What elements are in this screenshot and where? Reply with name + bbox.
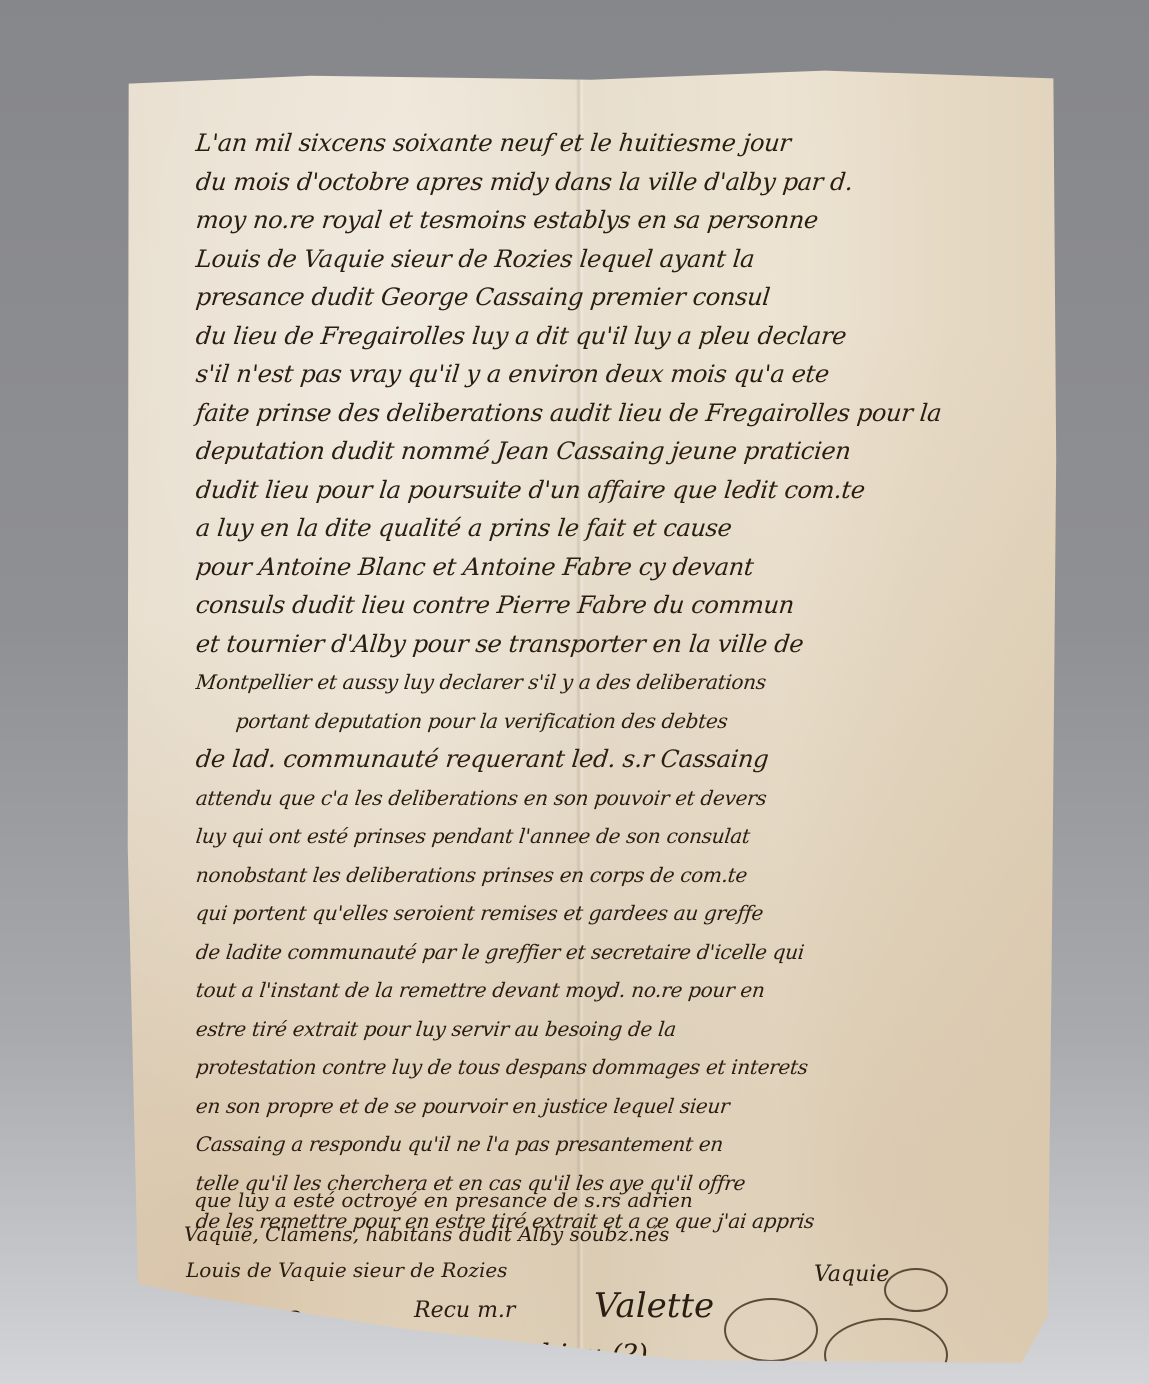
- signature: Mathieu (?): [484, 1338, 648, 1371]
- text-line: en son propre et de se pourvoir en justi…: [194, 1087, 1031, 1126]
- text-line: tout a l'instant de la remettre devant m…: [194, 971, 1031, 1010]
- text-line: luy qui ont esté prinses pendant l'annee…: [194, 817, 1031, 856]
- text-line: portant deputation pour la verification …: [194, 702, 1031, 741]
- text-line: s'il n'est pas vray qu'il y a environ de…: [194, 355, 1031, 394]
- text-line: Montpellier et aussy luy declarer s'il y…: [194, 663, 1031, 702]
- text-line: Vaquié, Clamens, habitans dudit Alby sou…: [184, 1222, 669, 1246]
- signature: Recu m.r: [414, 1298, 515, 1323]
- manuscript-page: L'an mil sixcens soixante neuf et le hui…: [124, 68, 1059, 1368]
- text-line: de ladite communauté par le greffier et …: [194, 933, 1031, 972]
- underline: [166, 1360, 266, 1362]
- signature-flourish: [724, 1298, 818, 1362]
- text-line: du lieu de Fregairolles luy a dit qu'il …: [194, 317, 1031, 356]
- text-line: deputation dudit nommé Jean Cassaing jeu…: [194, 432, 1031, 471]
- text-line: consuls dudit lieu contre Pierre Fabre d…: [194, 586, 1031, 625]
- signature-flourish: [824, 1318, 948, 1384]
- signature: Louis de Vaquie sieur de Rozies: [186, 1258, 507, 1282]
- text-line: que luy a esté octroyé en presance de s.…: [194, 1188, 693, 1212]
- text-line: a luy en la dite qualité a prins le fait…: [194, 509, 1031, 548]
- text-line: attendu que c'a les deliberations en son…: [194, 779, 1031, 818]
- text-line: protestation contre luy de tous despans …: [194, 1048, 1031, 1087]
- text-line: presance dudit George Cassaing premier c…: [194, 278, 1031, 317]
- manuscript-text: L'an mil sixcens soixante neuf et le hui…: [196, 124, 1029, 1241]
- text-line: dudit lieu pour la poursuite d'un affair…: [194, 471, 1031, 510]
- text-line: nonobstant les deliberations prinses en …: [194, 856, 1031, 895]
- text-line: pour Antoine Blanc et Antoine Fabre cy d…: [194, 548, 1031, 587]
- text-line: Louis de Vaquie sieur de Rozies lequel a…: [194, 240, 1031, 279]
- underline: [164, 1346, 274, 1348]
- text-line: et tournier d'Alby pour se transporter e…: [194, 625, 1031, 664]
- text-line: faite prinse des deliberations audit lie…: [194, 394, 1031, 433]
- text-line: qui portent qu'elles seroient remises et…: [194, 894, 1031, 933]
- text-line: du mois d'octobre apres midy dans la vil…: [194, 163, 1031, 202]
- signature: Valette: [594, 1286, 714, 1326]
- signature: Vaquie: [814, 1262, 889, 1287]
- text-line: moy no.re royal et tesmoins establys en …: [194, 201, 1031, 240]
- signature-flourish: [884, 1268, 948, 1312]
- signature-block: que luy a esté octroyé en presance de s.…: [124, 1188, 1059, 1368]
- signature-mark: 18: [264, 1306, 302, 1341]
- text-line: de lad. communauté requerant led. s.r Ca…: [194, 740, 1031, 779]
- text-line: Cassaing a respondu qu'il ne l'a pas pre…: [194, 1125, 1031, 1164]
- text-line: estre tiré extrait pour luy servir au be…: [194, 1010, 1031, 1049]
- text-line: L'an mil sixcens soixante neuf et le hui…: [194, 124, 1031, 163]
